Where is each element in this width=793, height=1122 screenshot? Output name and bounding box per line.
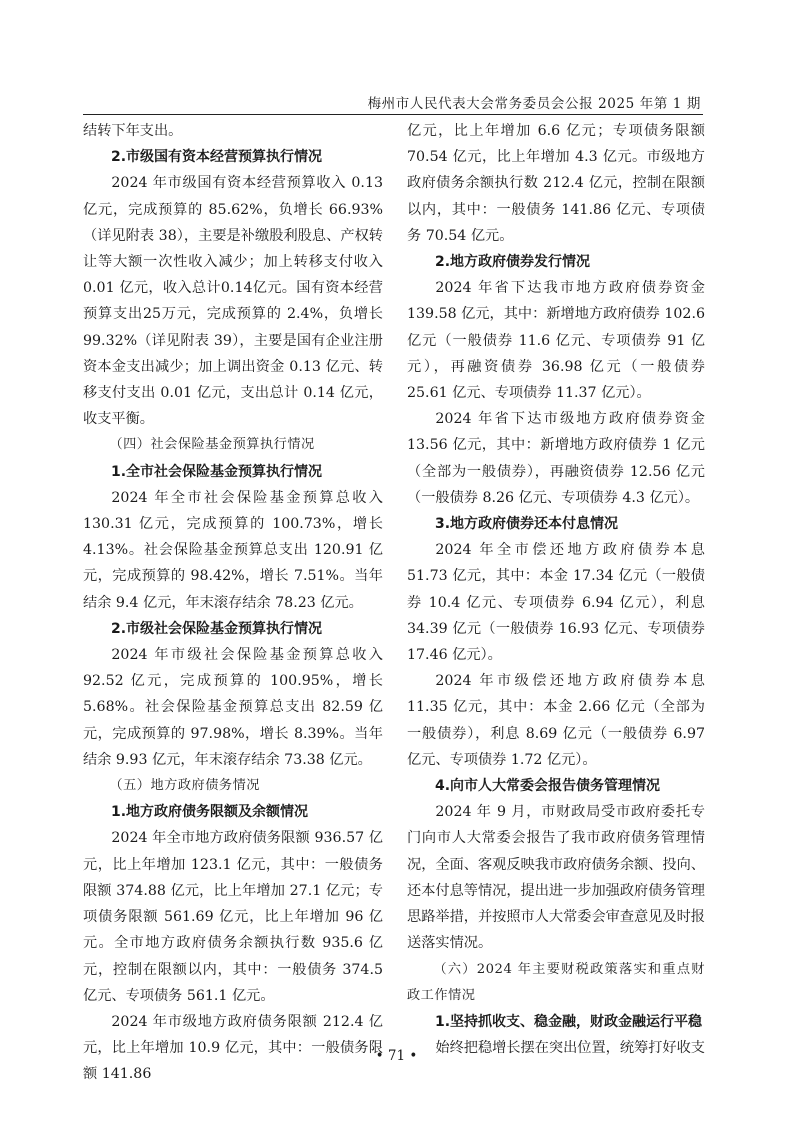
- heading-debt-report: 4.向市人大常委会报告债务管理情况: [407, 773, 705, 799]
- left-column: 结转下年支出。 2.市级国有资本经营预算执行情况 2024 年市级国有资本经营预…: [83, 118, 383, 1088]
- paragraph: 2024 年市级偿还地方政府债券本息 11.35 亿元，其中：本金 2.66 亿…: [407, 668, 705, 773]
- heading-fiscal-stability: 1.坚持抓收支、稳金融，财政金融运行平稳: [407, 1009, 705, 1035]
- paragraph: 2024 年市级国有资本经营预算收入 0.13 亿元，完成预算的 85.62%，…: [83, 170, 383, 432]
- paragraph: 2024 年全市偿还地方政府债券本息 51.73 亿元，其中：本金 17.34 …: [407, 537, 705, 668]
- paragraph: 2024 年全市地方政府债务限额 936.57 亿元，比上年增加 123.1 亿…: [83, 825, 383, 1008]
- heading-debt-limit: 1.地方政府债务限额及余额情况: [83, 799, 383, 825]
- journal-title: 梅州市人民代表大会常务委员会公报 2025 年第 1 期: [368, 92, 701, 112]
- heading-bond-issuance: 2.地方政府债券发行情况: [407, 249, 705, 275]
- paragraph: 2024 年全市社会保险基金预算总收入 130.31 亿元，完成预算的 100.…: [83, 485, 383, 616]
- paragraph: 2024 年 9 月，市财政局受市政府委托专门向市人大常委会报告了我市政府债务管…: [407, 799, 705, 956]
- page-number: • 71 •: [0, 1048, 793, 1064]
- section-heading-4: （四）社会保险基金预算执行情况: [83, 432, 383, 458]
- heading-municipal-social-insurance: 2.市级社会保险基金预算执行情况: [83, 616, 383, 642]
- paragraph: 结转下年支出。: [83, 118, 383, 144]
- paragraph: 亿元，比上年增加 6.6 亿元；专项债务限额 70.54 亿元，比上年增加 4.…: [407, 118, 705, 249]
- section-heading-6: （六）2024 年主要财税政策落实和重点财政工作情况: [407, 957, 705, 1009]
- page-header: 梅州市人民代表大会常务委员会公报 2025 年第 1 期: [83, 88, 703, 115]
- paragraph: 2024 年市级社会保险基金预算总收入 92.52 亿元，完成预算的 100.9…: [83, 642, 383, 773]
- paragraph: 2024 年省下达我市地方政府债券资金 139.58 亿元，其中：新增地方政府债…: [407, 275, 705, 406]
- heading-bond-repayment: 3.地方政府债券还本付息情况: [407, 511, 705, 537]
- heading-city-state-capital-budget: 2.市级国有资本经营预算执行情况: [83, 144, 383, 170]
- right-column: 亿元，比上年增加 6.6 亿元；专项债务限额 70.54 亿元，比上年增加 4.…: [407, 118, 705, 1061]
- heading-city-social-insurance: 1.全市社会保险基金预算执行情况: [83, 459, 383, 485]
- section-heading-5: （五）地方政府债务情况: [83, 773, 383, 799]
- paragraph: 2024 年省下达市级地方政府债券资金 13.56 亿元，其中：新增地方政府债券…: [407, 406, 705, 511]
